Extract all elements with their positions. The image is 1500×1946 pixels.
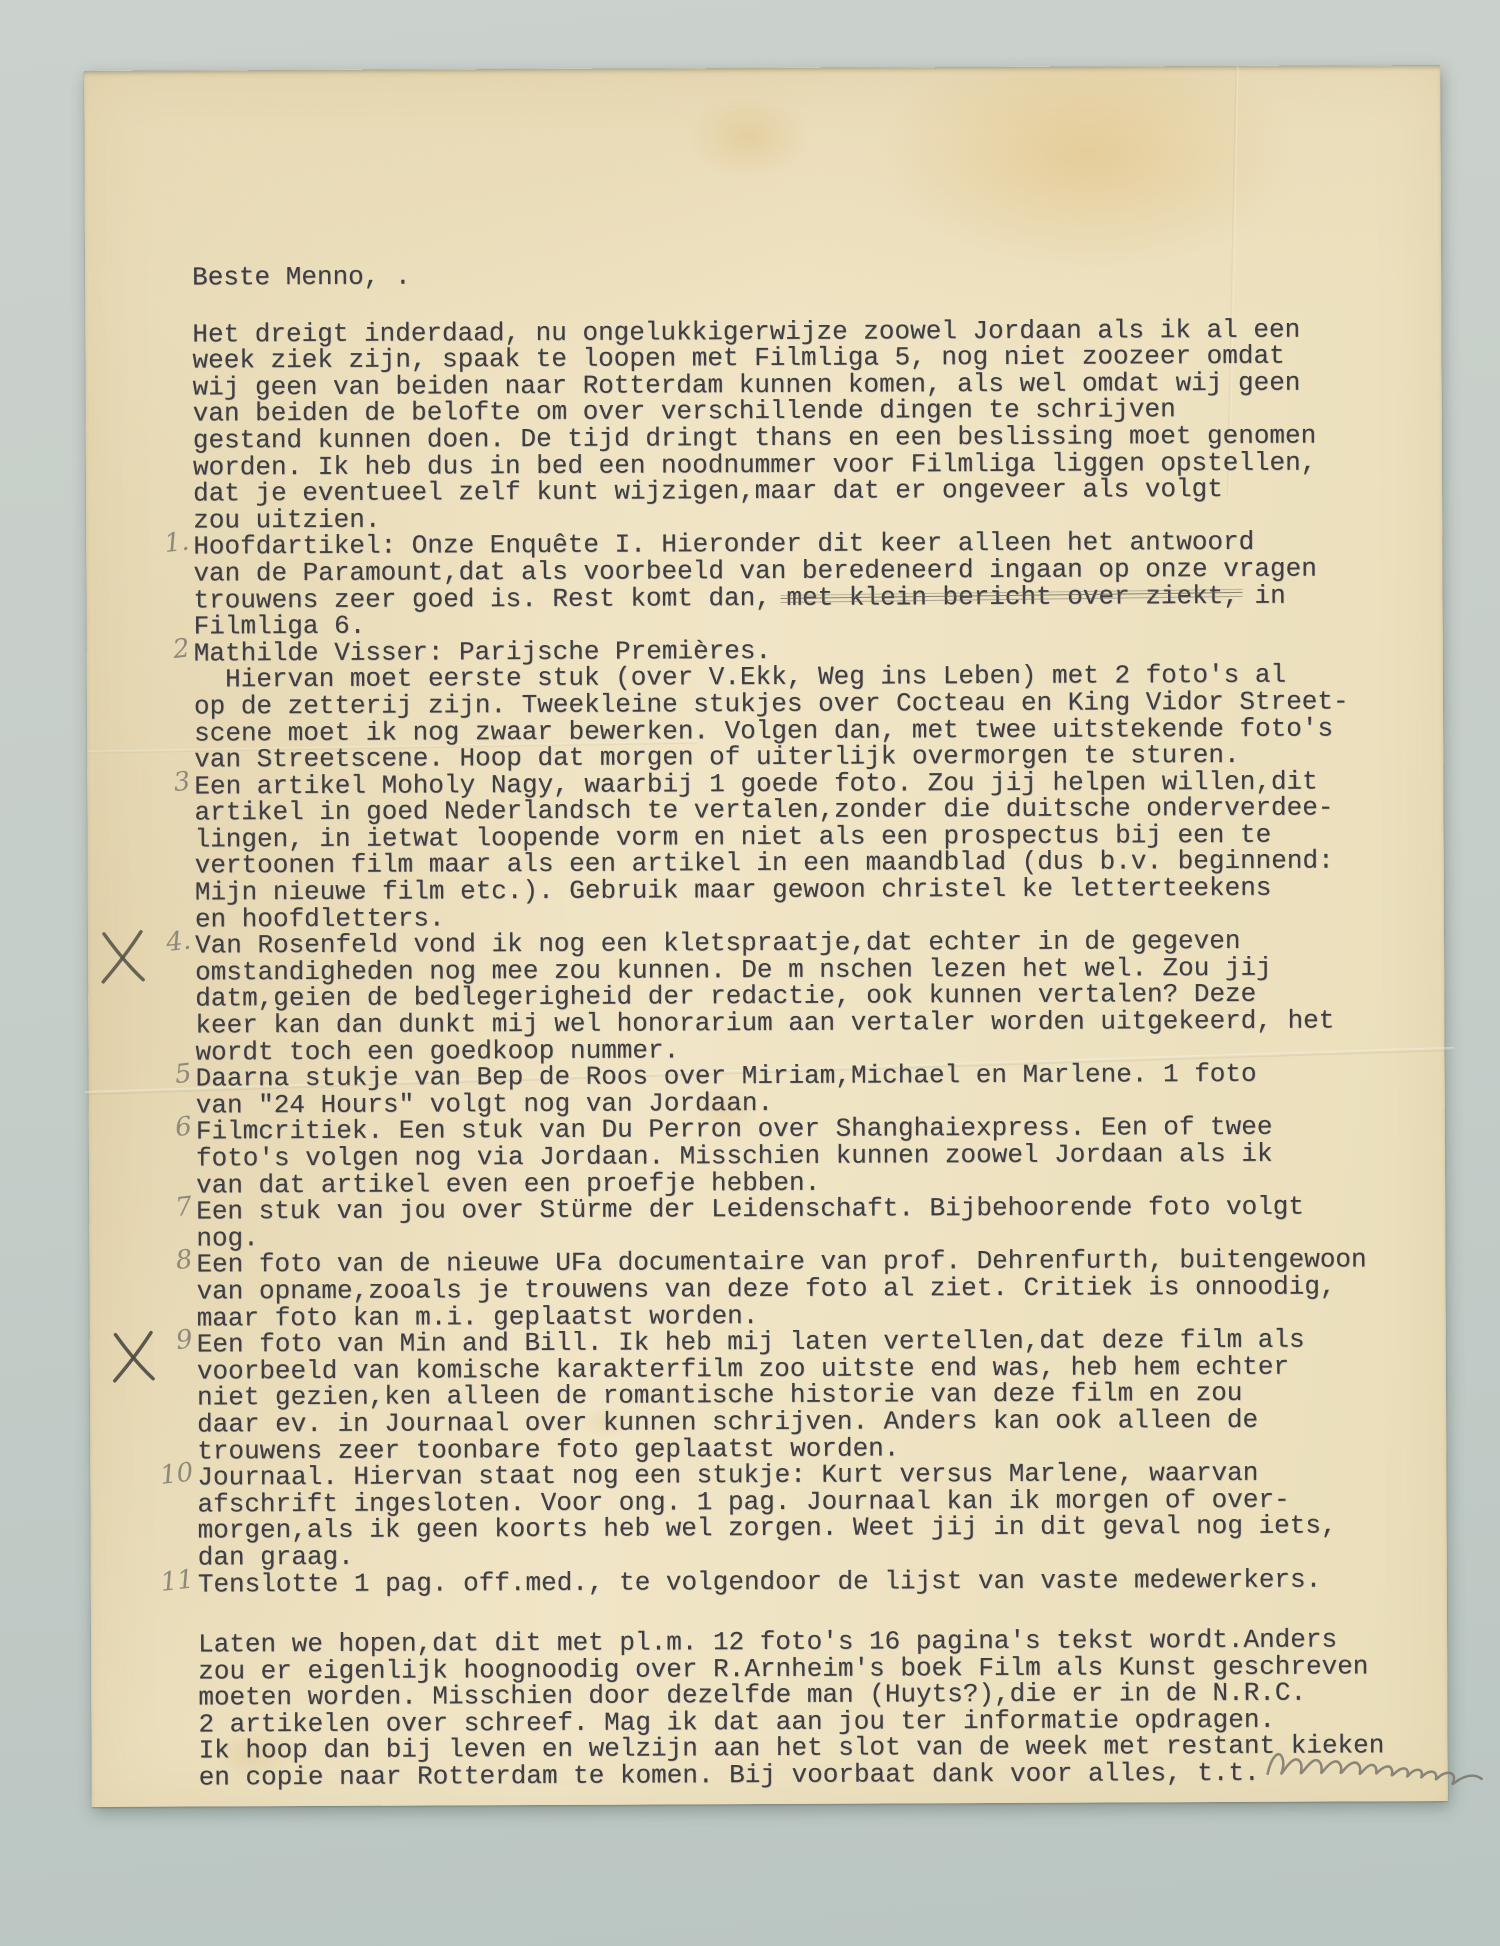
item-number-pencil: 4.	[150, 928, 193, 959]
item-number-pencil: 1.	[148, 529, 191, 560]
item-number-pencil: 5	[150, 1061, 193, 1092]
item-number-pencil: 2	[148, 635, 191, 666]
letter-line: morgen,als ik geen koorts heb wel zorgen…	[198, 1512, 1483, 1544]
letter-text: trouwens zeer goed is. Rest komt dan,	[193, 582, 786, 615]
list-item: 6 Filmcritiek. Een stuk van Du Perron ov…	[196, 1113, 1481, 1198]
item-number-pencil: 6	[151, 1114, 194, 1145]
list-item: 3 Een artikel Moholy Nagy, waarbij 1 goe…	[194, 768, 1480, 933]
struck-text: met klein bericht over ziekt,	[786, 580, 1239, 612]
item-number-pencil: 11	[152, 1566, 195, 1597]
letter-body: Beste Menno, . Het dreigt inderdaad, nu …	[192, 259, 1484, 1791]
item-number-pencil: 8	[151, 1247, 194, 1278]
item-number-pencil: 7	[151, 1194, 194, 1225]
scan-background: { "colors":{"background":"#c6cec9","pape…	[0, 0, 1500, 1946]
list-item: 5 Daarna stukje van Bep de Roos over Mir…	[196, 1060, 1481, 1119]
x-mark-icon	[97, 925, 149, 987]
list-item: 11 Tenslotte 1 pag. off.med., te volgend…	[198, 1565, 1483, 1597]
letter-line: Tenslotte 1 pag. off.med., te volgendoor…	[198, 1565, 1483, 1597]
item-number-pencil: 10	[152, 1460, 195, 1491]
letter-text: in	[1239, 580, 1286, 610]
list-item: 1. Hoofdartikel: Onze Enquête I. Hierond…	[193, 528, 1478, 640]
letter-line: van opname,zooals je trouwens van deze f…	[196, 1273, 1481, 1305]
list-item: 8 Een foto van de nieuwe UFa documentair…	[196, 1246, 1481, 1331]
item-number-pencil: 3	[149, 768, 192, 799]
signature-scrawl	[1259, 1727, 1489, 1798]
letter-page: Beste Menno, . Het dreigt inderdaad, nu …	[84, 65, 1448, 1807]
letter-line: keer kan dan dunkt mij wel honorarium aa…	[195, 1007, 1480, 1039]
list-item: 2 Mathilde Visser: Parijsche Premières. …	[194, 635, 1480, 774]
list-item: 7 Een stuk van jou over Stürme der Leide…	[196, 1193, 1481, 1252]
letter-line: Een stuk van jou over Stürme der Leidens…	[196, 1193, 1481, 1225]
list-item: 9 Een foto van Min and Bill. Ik heb mij …	[197, 1326, 1483, 1465]
list-item: 10 Journaal. Hiervan staat nog een stukj…	[197, 1459, 1482, 1571]
list-item: 4. Van Rosenfeld vond ik nog een kletspr…	[195, 927, 1481, 1066]
item-number-pencil: 9	[151, 1327, 194, 1358]
